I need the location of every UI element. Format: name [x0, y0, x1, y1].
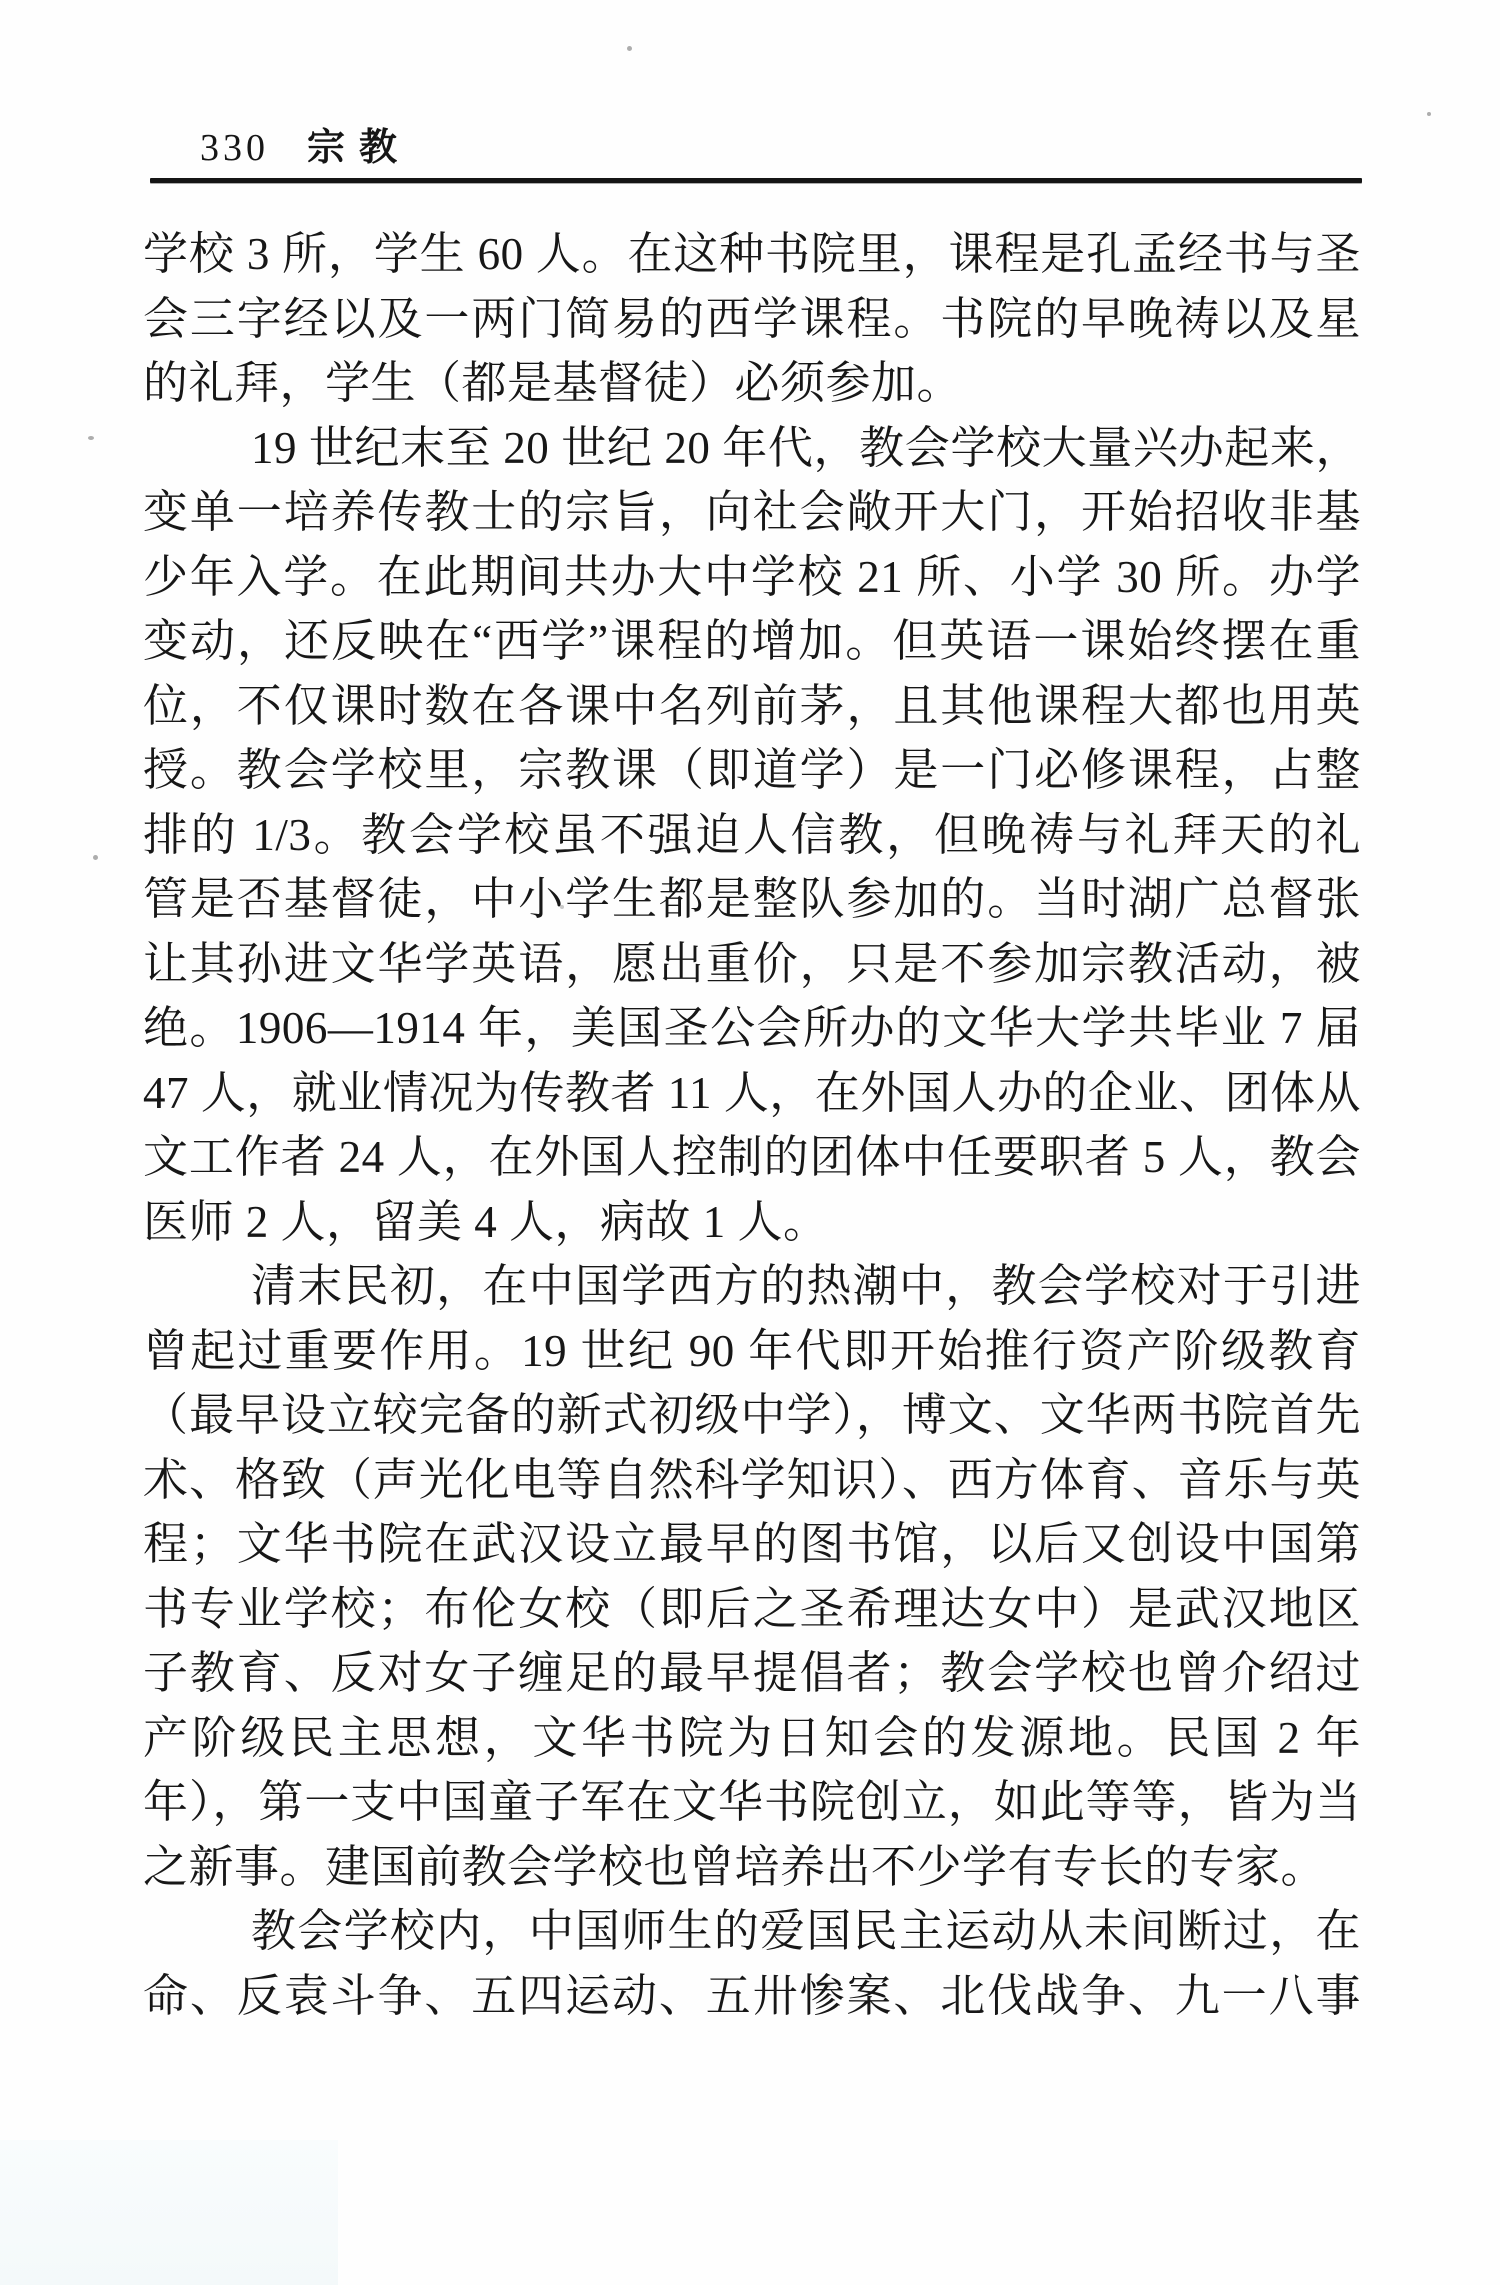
header-rule [150, 178, 1362, 183]
body-text: 学校 3 所，学生 60 人。在这种书院里，课程是孔孟经书与圣经、教 会三字经以… [143, 222, 1361, 2028]
text-line: 位，不仅课时数在各课中名列前茅，且其他课程大都也用英语教 [143, 674, 1361, 739]
text-line: 清末民初，在中国学西方的热潮中，教会学校对于引进“新学” [143, 1254, 1361, 1319]
text-line: 产阶级民主思想，文华书院为日知会的发源地。民国 2 年（1913 [143, 1706, 1361, 1771]
scan-speck [1427, 112, 1431, 116]
text-line: 47 人，就业情况为传教者 11 人，在外国人办的企业、团体从事英 [143, 1061, 1361, 1126]
text-line: 术、格致（声光化电等自然科学知识）、西方体育、音乐与英文等课 [143, 1448, 1361, 1513]
text-line: （最早设立较完备的新式初级中学），博文、文华两书院首先设置算 [143, 1383, 1361, 1448]
page-header: 330 宗教 [200, 116, 411, 164]
text-line: 年），第一支中国童子军在文华书院创立，如此等等，皆为当时武汉 [143, 1770, 1361, 1835]
scan-speck [560, 905, 564, 909]
book-page: 330 宗教 学校 3 所，学生 60 人。在这种书院里，课程是孔孟经书与圣经、… [0, 0, 1500, 2285]
text-line: 程；文华书院在武汉设立最早的图书馆，以后又创设中国第一所图 [143, 1512, 1361, 1577]
text-line: 19 世纪末至 20 世纪 20 年代，教会学校大量兴办起来，并改 [143, 416, 1361, 481]
text-line: 变动，还反映在“西学”课程的增加。但英语一课始终摆在重要地 [143, 609, 1361, 674]
text-line: 文工作者 24 人，在外国人控制的团体中任要职者 5 人，教会医院 [143, 1125, 1361, 1190]
text-line: 的礼拜，学生（都是基督徒）必须参加。 [143, 351, 1361, 416]
text-line: 医师 2 人，留美 4 人，病故 1 人。 [143, 1190, 1361, 1255]
text-line: 管是否基督徒，中小学生都是整队参加的。当时湖广总督张之洞想 [143, 867, 1361, 932]
text-line: 之新事。建国前教会学校也曾培养出不少学有专长的专家。 [143, 1835, 1361, 1900]
text-line: 变单一培养传教士的宗旨，向社会敞开大门，开始招收非基督教青 [143, 480, 1361, 545]
text-line: 授。教会学校里，宗教课（即道学）是一门必修课程，占整个课时安 [143, 738, 1361, 803]
text-line: 书专业学校；布伦女校（即后之圣希理达女中）是武汉地区开展女 [143, 1577, 1361, 1642]
page-number: 330 [200, 126, 269, 170]
text-line: 少年入学。在此期间共办大中学校 21 所、小学 30 所。办学宗旨的 [143, 545, 1361, 610]
text-line: 让其孙进文华学英语，愿出重价，只是不参加宗教活动，被学校拒 [143, 932, 1361, 997]
scan-speck [88, 436, 94, 440]
text-line: 子教育、反对女子缠足的最早提倡者；教会学校也曾介绍过西方资 [143, 1641, 1361, 1706]
text-line: 命、反袁斗争、五四运动、五卅惨案、北伐战争、九一八事变、 [143, 1964, 1361, 2029]
scan-speck [627, 46, 632, 51]
text-line: 曾起过重要作用。19 世纪 90 年代即开始推行资产阶级教育制度 [143, 1319, 1361, 1384]
section-title: 宗教 [307, 116, 411, 171]
scan-speck [93, 855, 98, 860]
scan-shade-artifact [0, 2140, 338, 2285]
text-line: 会三字经以及一两门简易的西学课程。书院的早晚祷以及星期天 [143, 287, 1361, 352]
text-line: 排的 1/3。教会学校虽不强迫人信教，但晚祷与礼拜天的礼拜，不 [143, 803, 1361, 868]
text-line: 教会学校内，中国师生的爱国民主运动从未间断过，在辛亥革 [143, 1899, 1361, 1964]
text-line: 学校 3 所，学生 60 人。在这种书院里，课程是孔孟经书与圣经、教 [143, 222, 1361, 287]
text-line: 绝。1906—1914 年，美国圣公会所办的文华大学共毕业 7 届学生 [143, 996, 1361, 1061]
